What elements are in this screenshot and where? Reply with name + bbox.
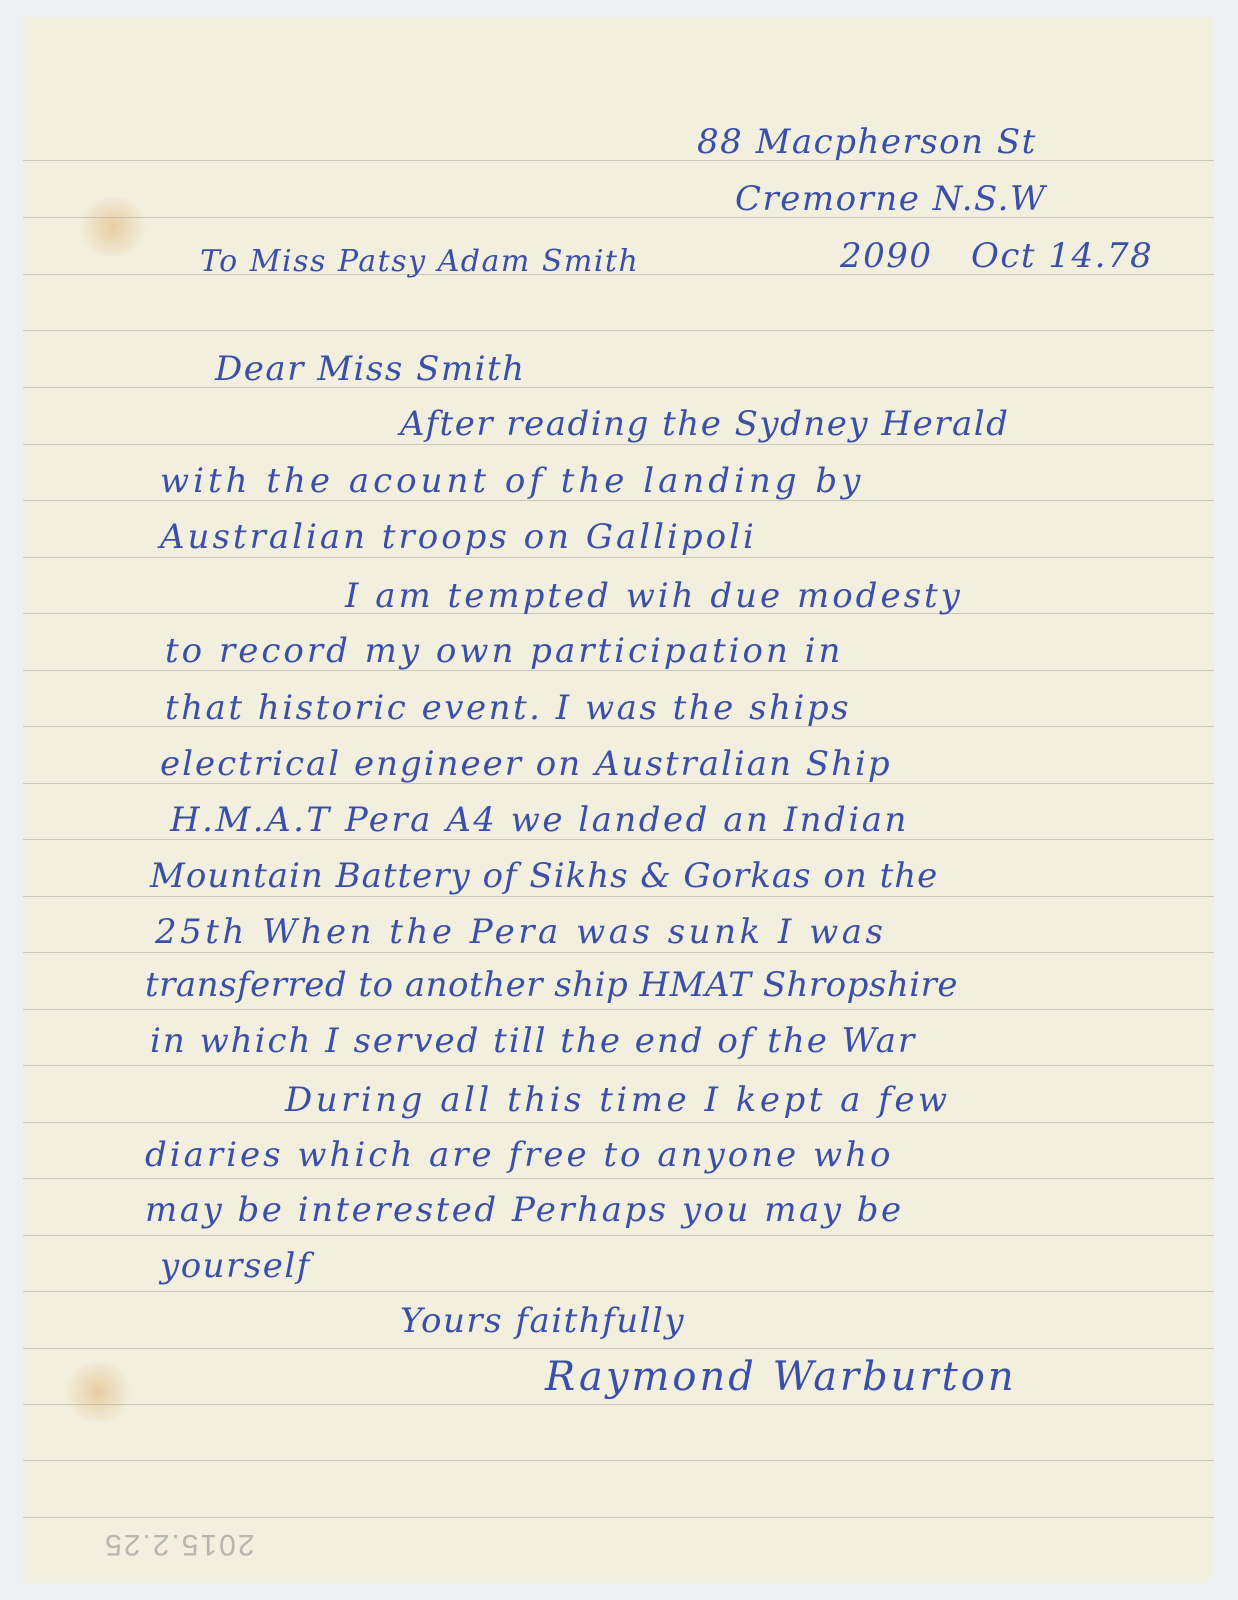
ruled-line — [23, 1404, 1214, 1405]
postcode: 2090 — [840, 239, 933, 273]
body-line: After reading the Sydney Herald — [400, 407, 1009, 441]
ruled-line — [23, 1065, 1214, 1066]
ruled-line — [23, 557, 1214, 558]
body-line: Australian troops on Gallipoli — [160, 520, 757, 554]
body-line: diaries which are free to anyone who — [145, 1138, 893, 1172]
body-line: Mountain Battery of Sikhs & Gorkas on th… — [150, 859, 938, 893]
body-line: to record my own participation in — [165, 634, 843, 668]
ruled-line — [23, 952, 1214, 953]
body-line: may be interested Perhaps you may be — [145, 1193, 904, 1227]
body-line: electrical engineer on Australian Ship — [160, 747, 892, 781]
body-line: that historic event. I was the ships — [165, 691, 851, 725]
ruled-line — [23, 1348, 1214, 1349]
body-line: transferred to another ship HMAT Shropsh… — [145, 968, 958, 1002]
signature: Raymond Warburton — [545, 1357, 1017, 1397]
body-line: with the acount of the landing by — [160, 464, 864, 498]
body-line: in which I served till the end of the Wa… — [150, 1024, 916, 1058]
ruled-line — [23, 444, 1214, 445]
letter-date: Oct 14.78 — [971, 239, 1153, 273]
paper-stain — [63, 1362, 133, 1422]
ruled-line — [23, 896, 1214, 897]
ruled-line — [23, 1009, 1214, 1010]
ruled-line — [23, 1235, 1214, 1236]
salutation: Dear Miss Smith — [215, 352, 526, 386]
ruled-line — [23, 1291, 1214, 1292]
address-line-1: 88 Macpherson St — [697, 125, 1037, 159]
paper-stain — [78, 197, 148, 257]
recipient-line: To Miss Patsy Adam Smith — [200, 247, 639, 277]
ruled-line — [23, 1178, 1214, 1179]
address-line-2: Cremorne N.S.W — [735, 182, 1046, 216]
body-line: H.M.A.T Pera A4 we landed an Indian — [170, 803, 909, 837]
body-line: yourself — [160, 1249, 311, 1283]
body-line: 25th When the Pera was sunk I was — [155, 915, 886, 949]
ruled-line — [23, 1122, 1214, 1123]
ruled-line — [23, 1460, 1214, 1461]
closing: Yours faithfully — [400, 1304, 685, 1338]
body-line: During all this time I kept a few — [285, 1083, 951, 1117]
letter-sheet: 88 Macpherson St Cremorne N.S.W To Miss … — [23, 17, 1214, 1583]
ruled-line — [23, 330, 1214, 331]
body-line: I am tempted wih due modesty — [345, 579, 963, 613]
ruled-line — [23, 387, 1214, 388]
archive-accession-number: 2015.2.25 — [103, 1527, 254, 1561]
ruled-line — [23, 1517, 1214, 1518]
